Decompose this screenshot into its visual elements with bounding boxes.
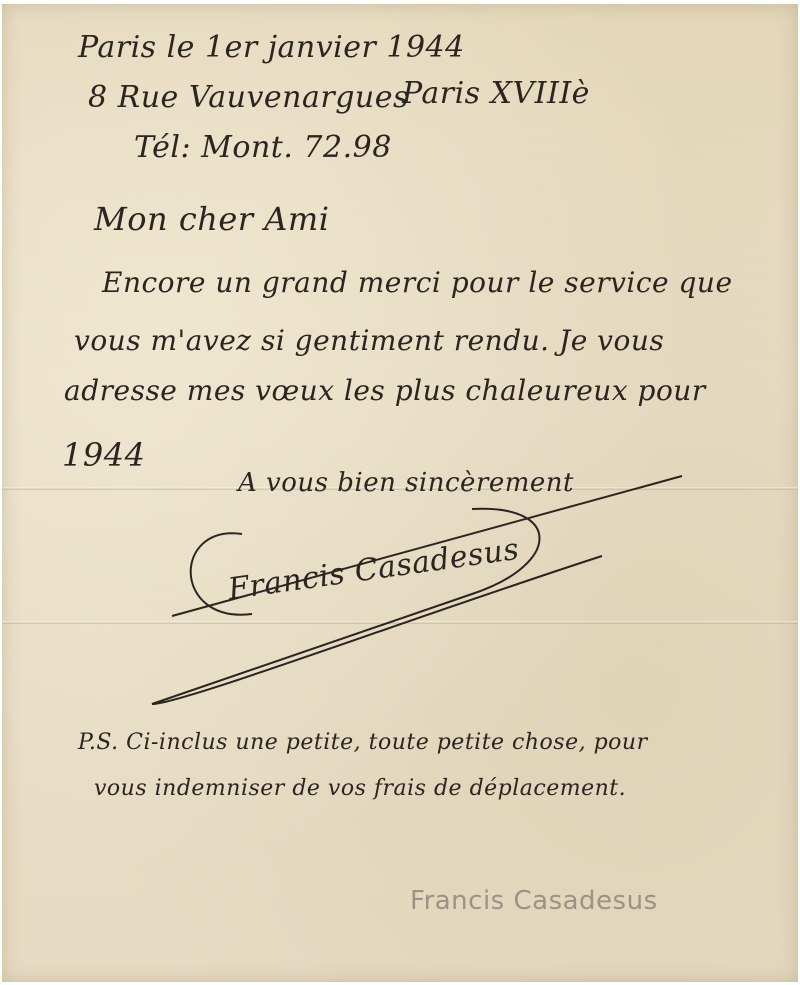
postscript-line: P.S. Ci-inclus une petite, toute petite … — [78, 730, 648, 755]
postscript-line: vous indemniser de vos frais de déplacem… — [94, 776, 626, 801]
signature-flourish — [2, 4, 798, 982]
letter-sheet: Paris le 1er janvier 1944 8 Rue Vauvenar… — [2, 4, 798, 982]
pencil-annotation: Francis Casadesus — [410, 886, 658, 916]
